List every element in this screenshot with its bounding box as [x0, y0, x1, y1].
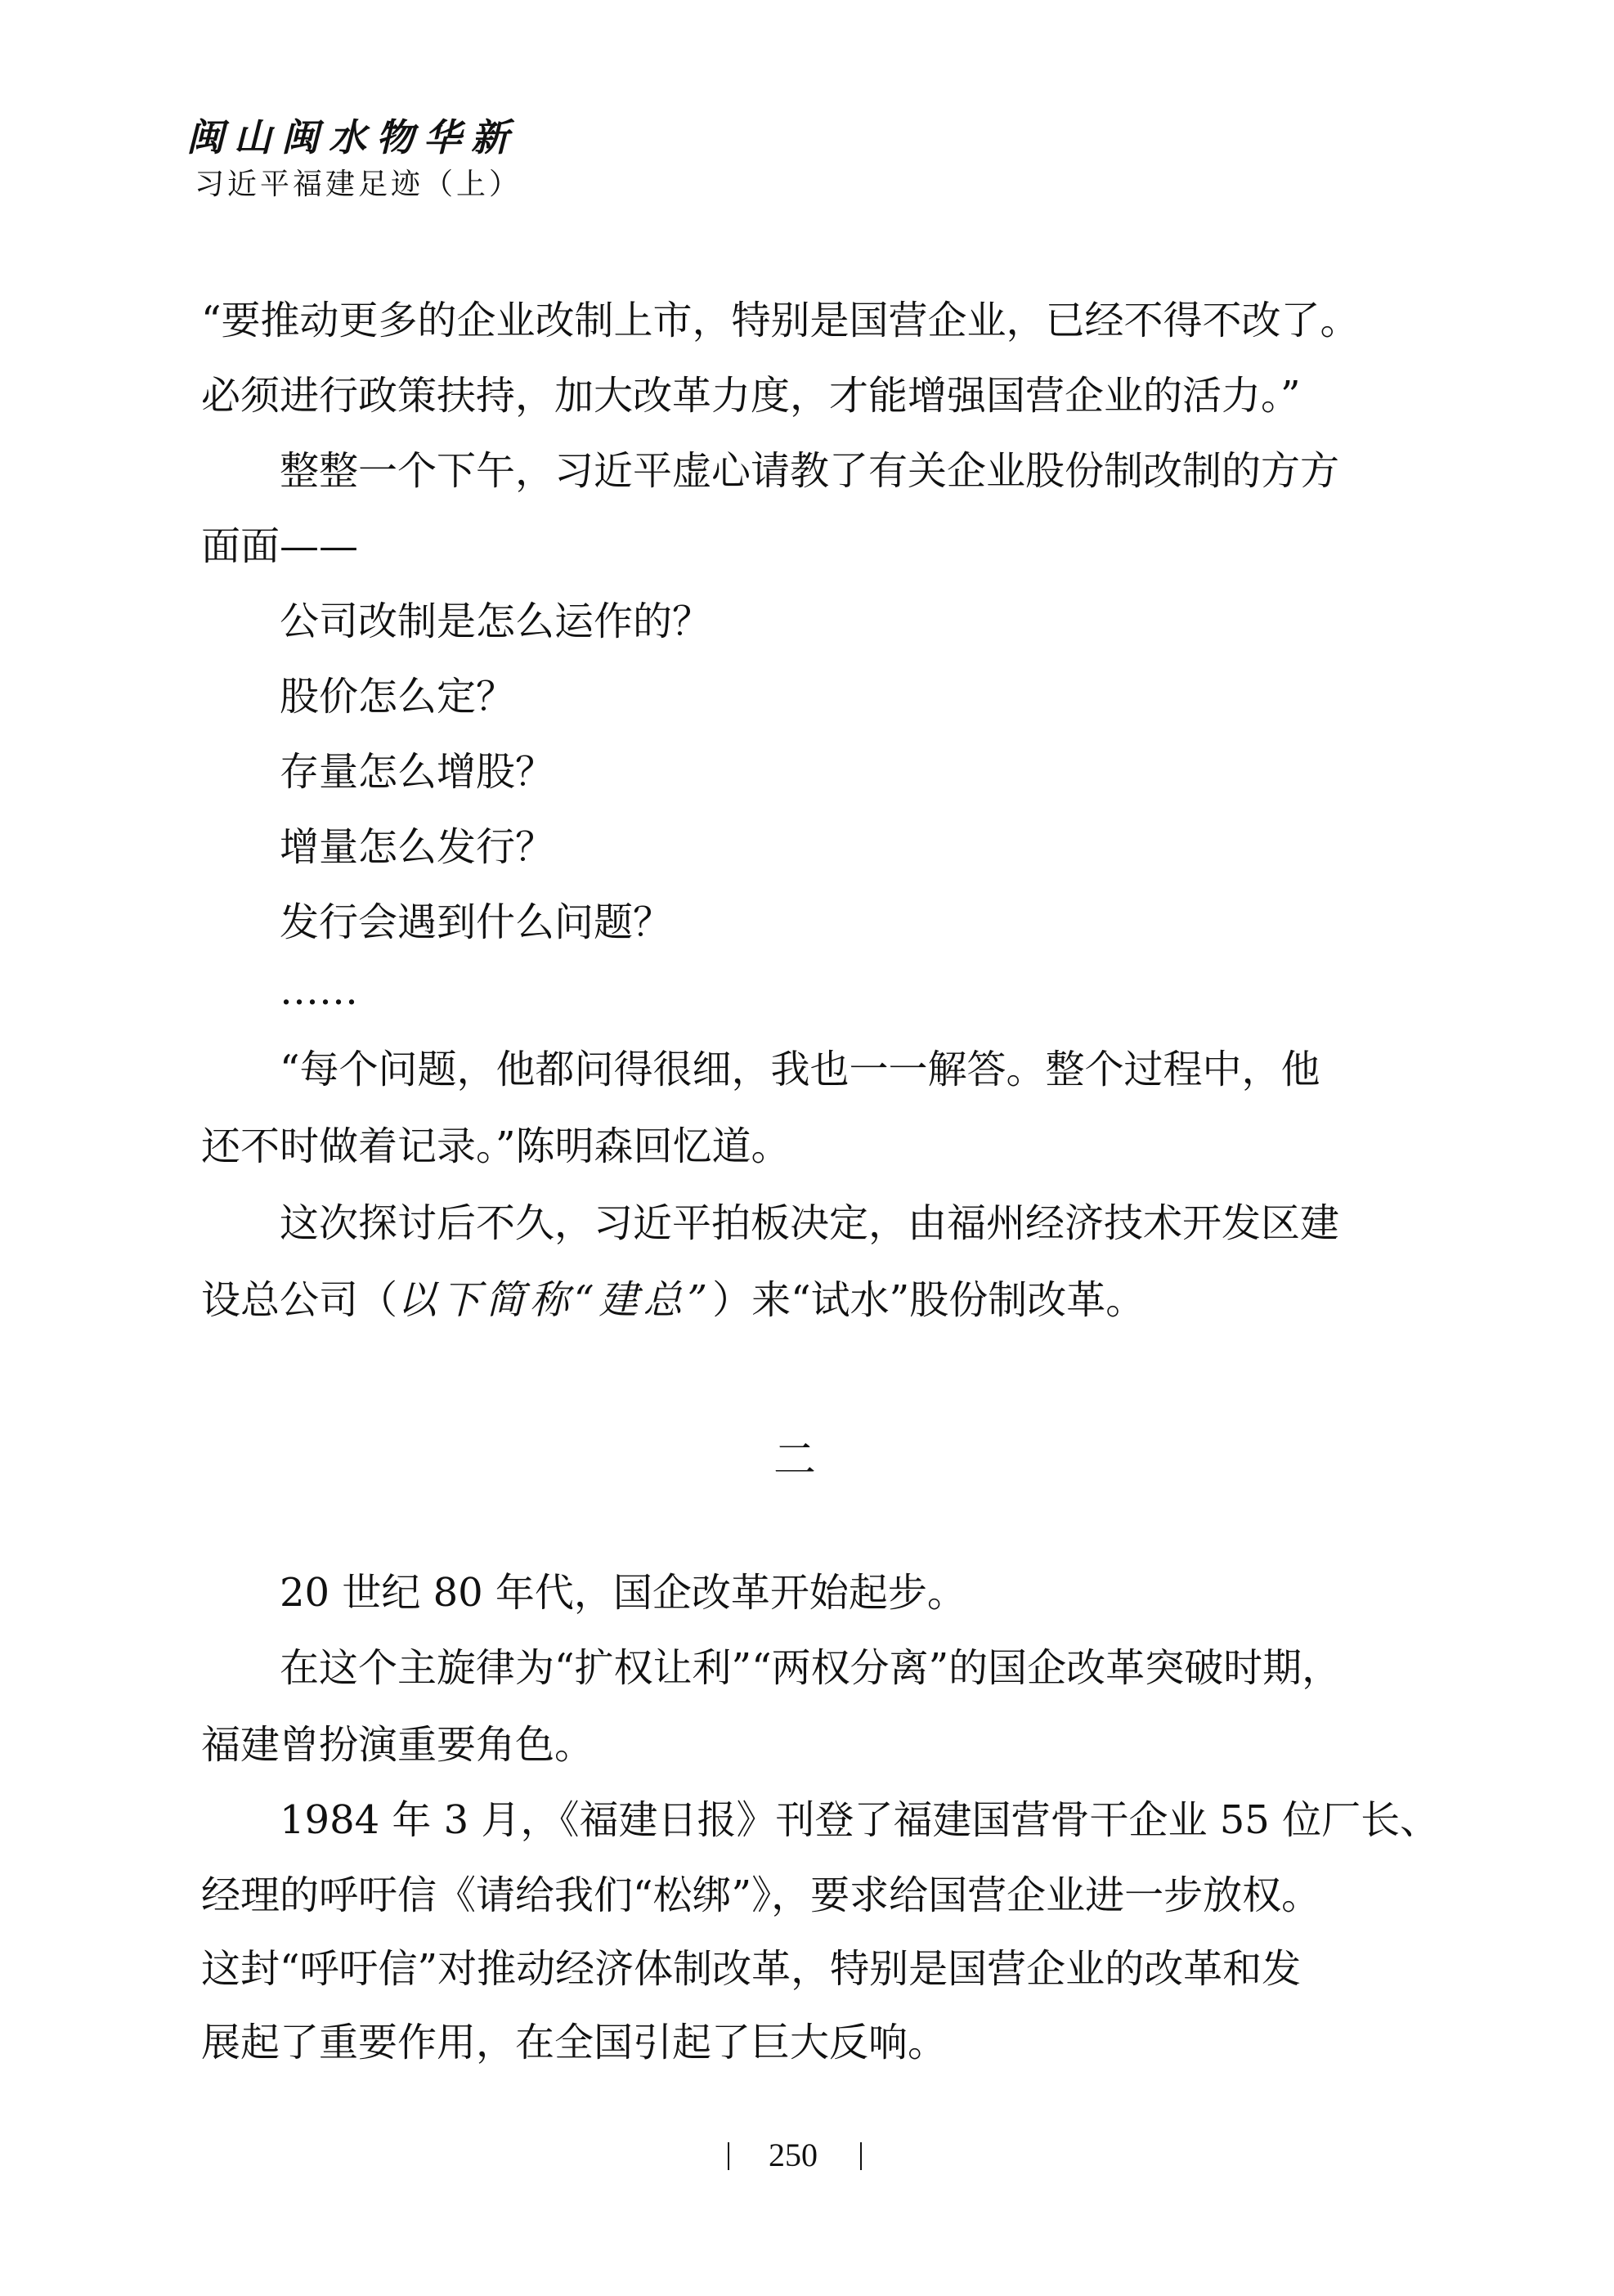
- book-subtitle: 习近平福建足迹（上）: [195, 167, 522, 203]
- text-run: ）来“试水”股份制改革。: [712, 1277, 1145, 1323]
- folio-bar-left: [728, 2142, 729, 2170]
- paragraph-line: 1984 年 3 月，《福建日报》刊登了福建国营骨干企业 55 位厂长、: [280, 1797, 1439, 1843]
- text-run: 设总公司（: [201, 1277, 397, 1323]
- paragraph-line: “每个问题，他都问得很细，我也一一解答。整个过程中，他: [280, 1047, 1320, 1092]
- question-line: 股价怎么定？: [280, 674, 515, 720]
- paragraph-line: 这封“呼吁信”对推动经济体制改革，特别是国营企业的改革和发: [201, 1946, 1301, 1992]
- paragraph-line: 经理的呼吁信《请给我们“松绑”》，要求给国营企业进一步放权。: [201, 1872, 1320, 1918]
- question-line: 存量怎么增股？: [280, 749, 554, 795]
- section-heading: 二: [773, 1436, 816, 1485]
- paragraph-line: 20 世纪 80 年代，国企改革开始起步。: [280, 1570, 966, 1616]
- book-title: 闽山闽水物华新: [186, 114, 518, 160]
- paragraph-line: 福建曾扮演重要角色。: [201, 1722, 594, 1768]
- abbreviation-note: 以下简称“建总”: [397, 1277, 712, 1323]
- paragraph-line: 必须进行政策扶持，加大改革力度，才能增强国营企业的活力。”: [201, 373, 1301, 419]
- question-line: 公司改制是怎么运作的？: [280, 599, 711, 644]
- paragraph-line: 展起了重要作用，在全国引起了巨大反响。: [201, 2020, 947, 2065]
- paragraph-line: 这次探讨后不久，习近平拍板决定，由福州经济技术开发区建: [280, 1200, 1339, 1246]
- page-footer: 250: [720, 2132, 875, 2178]
- question-line: 发行会遇到什么问题？: [280, 899, 672, 945]
- page-number: 250: [769, 2132, 818, 2178]
- paragraph-line: 在这个主旋律为“扩权让利”“两权分离”的国企改革突破时期，: [280, 1645, 1341, 1691]
- paragraph-line: 面面——: [201, 523, 358, 569]
- question-line: 增量怎么发行？: [280, 824, 554, 870]
- paragraph-line: “要推动更多的企业改制上市，特别是国营企业，已经不得不改了。: [201, 298, 1360, 343]
- paragraph-line: 还不时做着记录。”陈明森回忆道。: [201, 1123, 791, 1169]
- paragraph-line: 整整一个下午，习近平虚心请教了有关企业股份制改制的方方: [280, 448, 1339, 494]
- folio-bar-right: [860, 2142, 862, 2170]
- paragraph-line: 设总公司（以下简称“建总”）来“试水”股份制改革。: [201, 1277, 1145, 1323]
- ellipsis: ……: [280, 968, 358, 1014]
